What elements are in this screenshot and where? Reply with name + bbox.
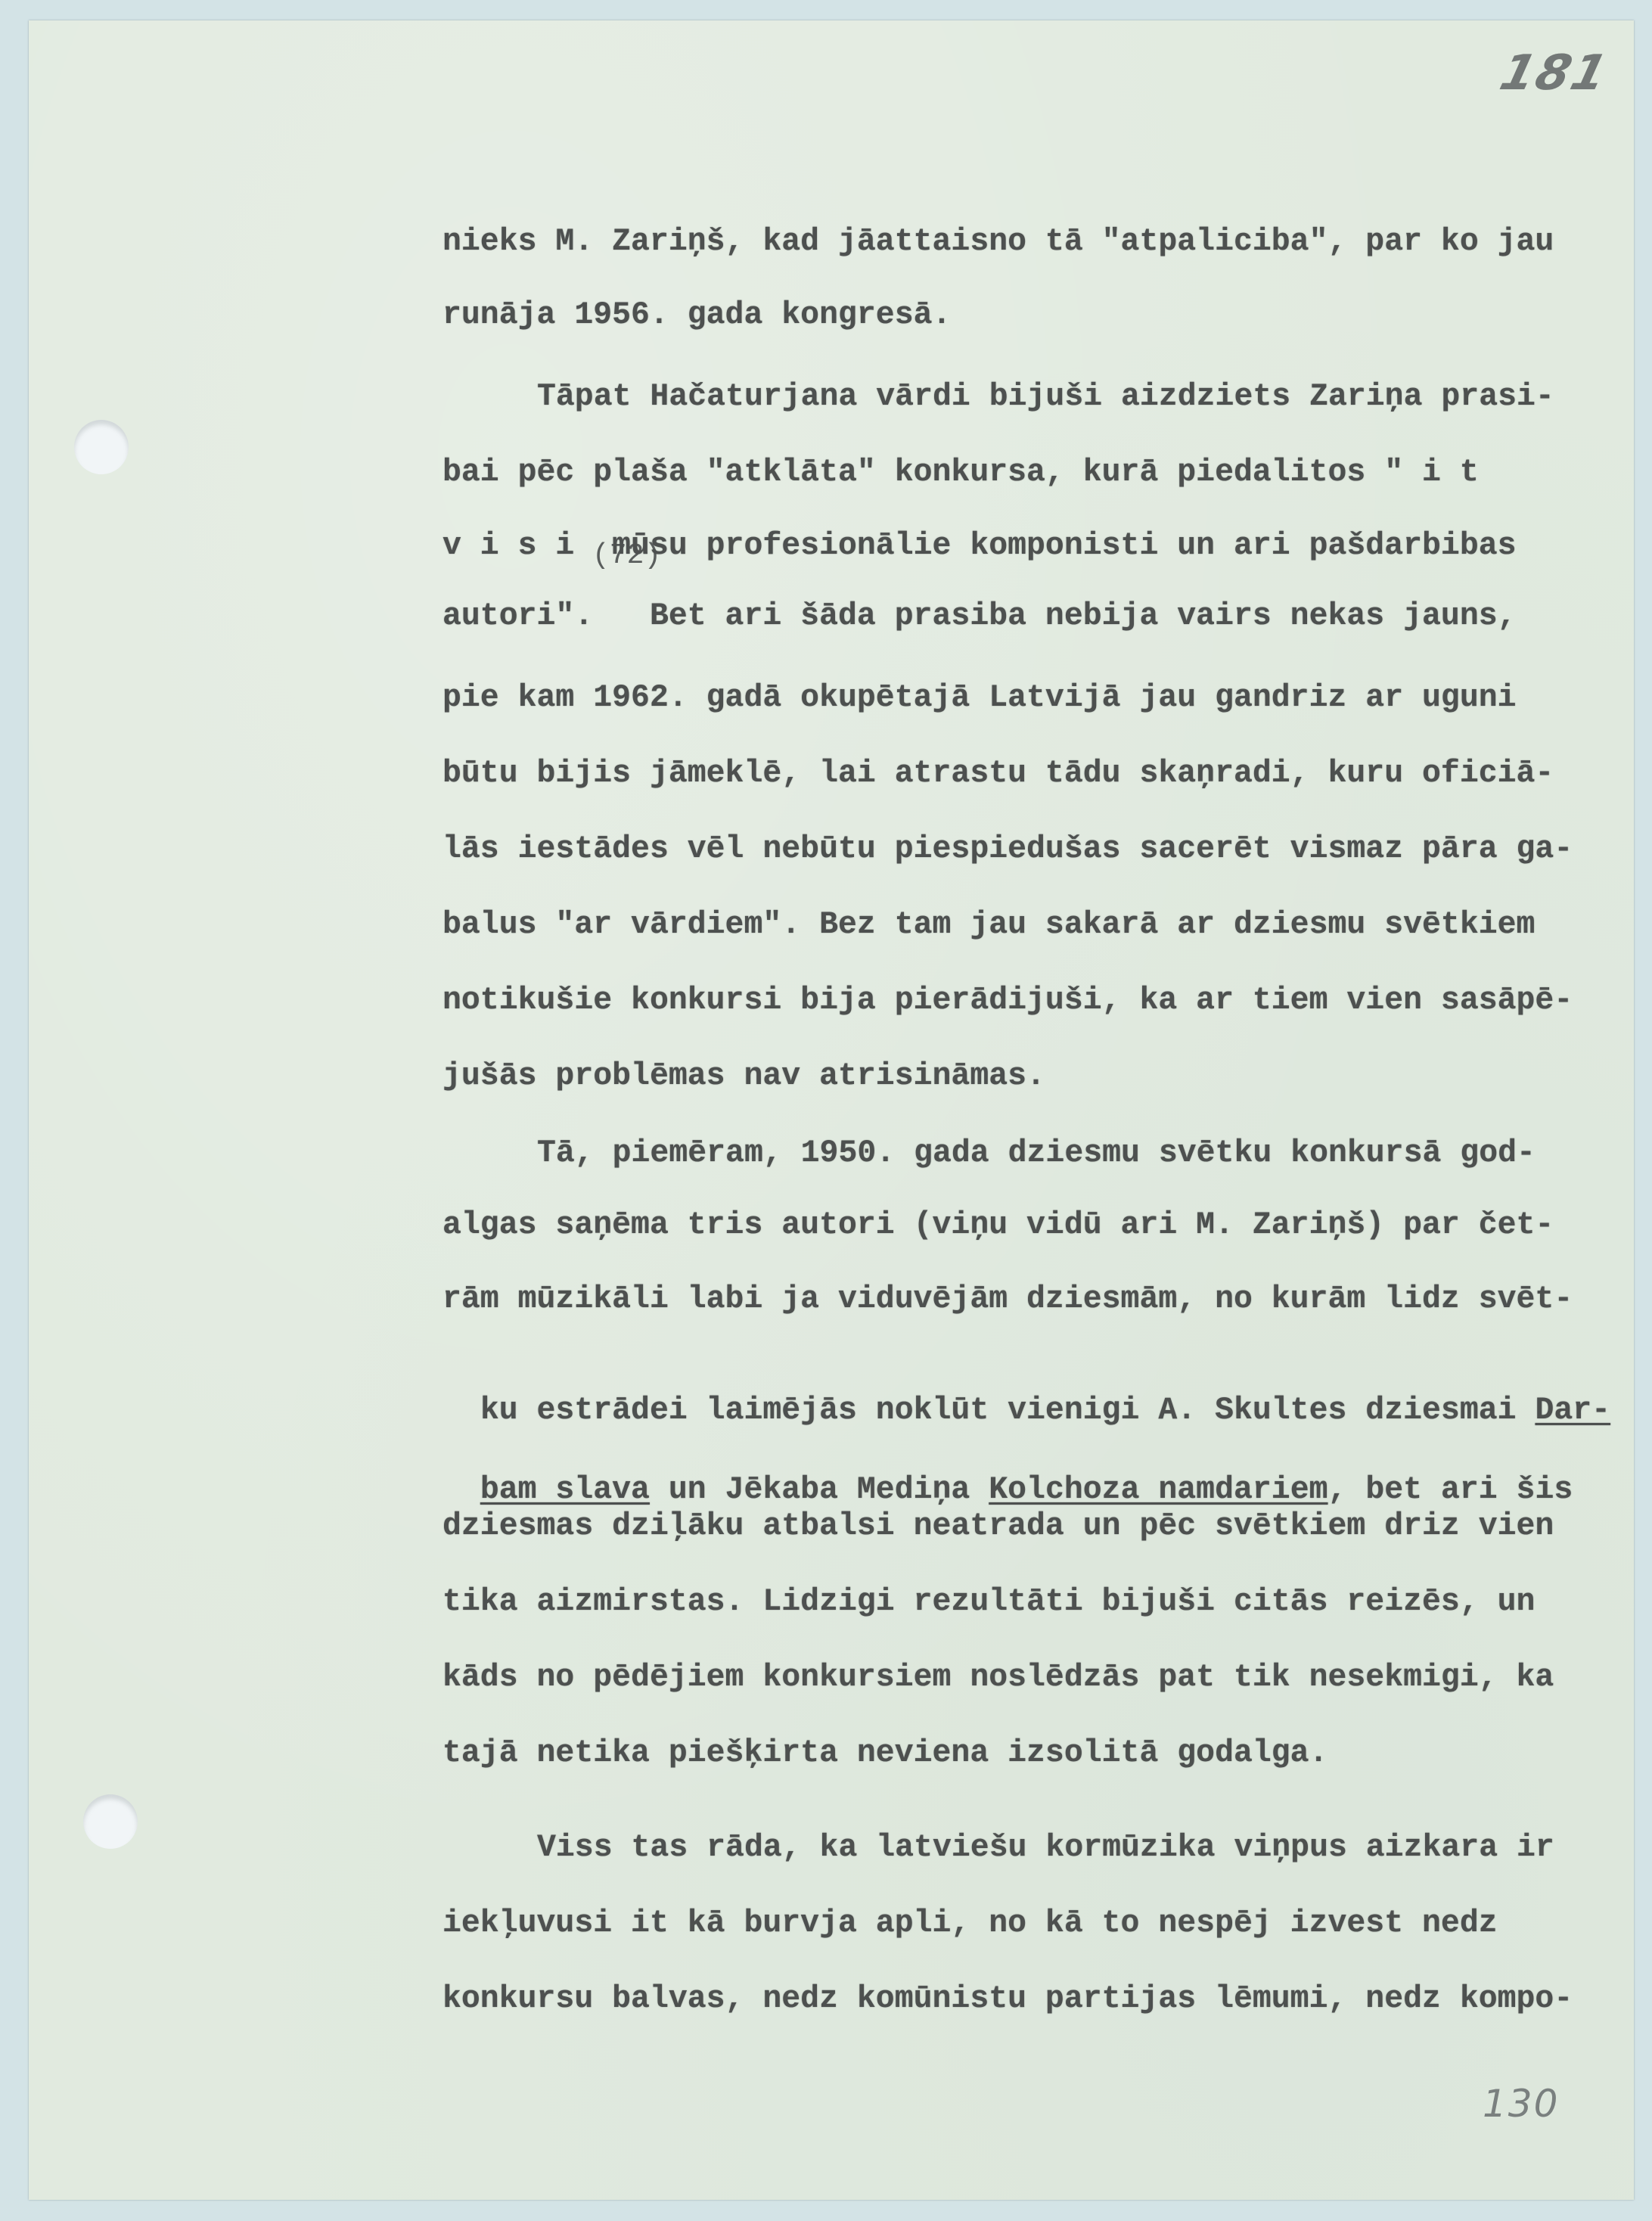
- text-line: būtu bijis jāmeklē, lai atrastu tādu ska…: [442, 755, 1554, 793]
- text-line: konkursu balvas, nedz komūnistu partijas…: [442, 1980, 1573, 2018]
- text-line: bam slava un Jēkaba Mediņa Kolchoza namd…: [442, 1434, 1573, 1509]
- text-line: balus "ar vārdiem". Bez tam jau sakarā a…: [442, 906, 1535, 944]
- text-line: rām mūzikāli labi ja viduvējām dziesmām,…: [442, 1281, 1573, 1319]
- punch-hole-bottom: [83, 1794, 138, 1849]
- paragraph-start-line: Tāpat Hačaturjana vārdi bijuši aizdziets…: [537, 378, 1554, 416]
- underlined-song-title: Kolchoza namdariem: [989, 1472, 1327, 1508]
- text-line: bai pēc plaša "atklāta" konkursa, kurā p…: [442, 454, 1479, 492]
- text-line: jušās problēmas nav atrisināmas.: [442, 1058, 1045, 1095]
- text-line: kāds no pēdējiem konkursiem noslēdzās pa…: [442, 1659, 1554, 1697]
- text-line: nieks M. Zariņš, kad jāattaisno tā "atpa…: [442, 223, 1554, 261]
- text-line: v i s i mūsu profesionālie komponisti un…: [442, 527, 1517, 565]
- text-segment: un Jēkaba Mediņa: [650, 1472, 989, 1508]
- text-line: lās iestādes vēl nebūtu piespiedušas sac…: [442, 831, 1573, 868]
- text-line: pie kam 1962. gadā okupētajā Latvijā jau…: [442, 679, 1517, 717]
- text-line: dziesmas dziļāku atbalsi neatrada un pēc…: [442, 1508, 1554, 1545]
- paragraph-start-line: Tā, piemēram, 1950. gada dziesmu svētku …: [537, 1135, 1536, 1173]
- document-page: [29, 20, 1634, 2200]
- text-line: tika aizmirstas. Lidzigi rezultāti bijuš…: [442, 1583, 1535, 1621]
- text-line: iekļuvusi it kā burvja apli, no kā to ne…: [442, 1905, 1498, 1943]
- text-segment: , bet ari šis: [1328, 1472, 1573, 1508]
- text-line: ku estrādei laimējās noklūt vienigi A. S…: [442, 1354, 1610, 1430]
- text-line: runāja 1956. gada kongresā.: [442, 297, 951, 334]
- paragraph-start-line: Viss tas rāda, ka latviešu kormūzika viņ…: [537, 1829, 1554, 1867]
- handwritten-page-number-bottom: 130: [1483, 2082, 1559, 2126]
- handwritten-page-number-top: 181: [1495, 45, 1614, 101]
- text-line: notikušie konkursi bija pierādijuši, ka …: [442, 982, 1573, 1020]
- text-segment: ku estrādei laimējās noklūt vienigi A. S…: [480, 1393, 1536, 1428]
- text-line: autori". Bet ari šāda prasiba nebija vai…: [442, 598, 1517, 635]
- text-line: algas saņēma tris autori (viņu vidū ari …: [442, 1207, 1554, 1244]
- text-line: tajā netika piešķirta neviena izsolitā g…: [442, 1735, 1328, 1772]
- underlined-song-title: bam slava: [480, 1472, 650, 1508]
- punch-hole-top: [74, 420, 129, 474]
- underlined-song-title: Dar-: [1535, 1393, 1610, 1428]
